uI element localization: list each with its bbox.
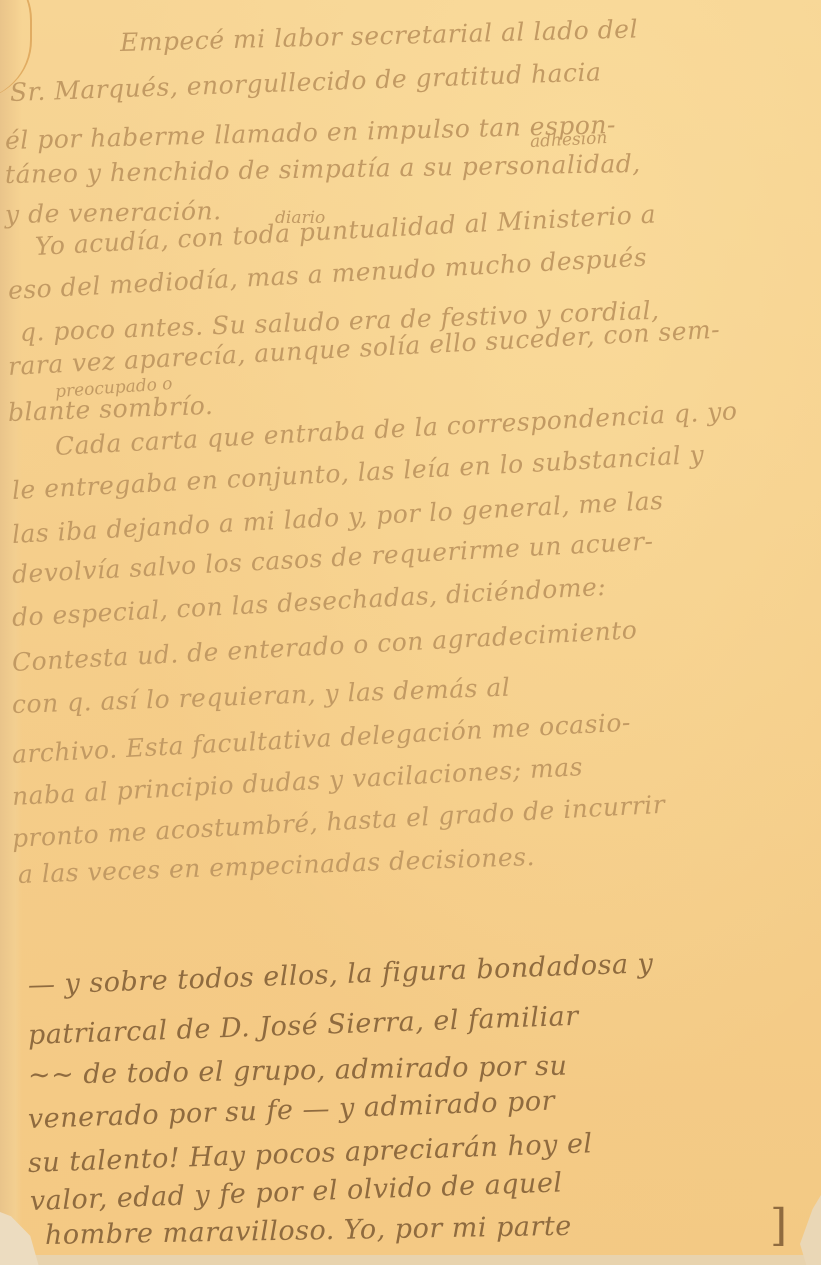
manuscript-line: táneo y henchido de simpatía a su person…	[5, 149, 641, 189]
manuscript-line: Sr. Marqués, enorgullecido de gratitud h…	[9, 57, 601, 107]
manuscript-insertion: adhesión	[530, 128, 608, 152]
manuscript-line: ~~ de todo el grupo, admirado por su	[28, 1051, 568, 1091]
manuscript-line: blante sombrío.	[7, 391, 213, 427]
manuscript-line: — y sobre todos ellos, la figura bondado…	[27, 948, 653, 1001]
torn-corner-bottom-right	[800, 1195, 821, 1265]
manuscript-line: hombre maravilloso. Yo, por mi parte	[45, 1211, 572, 1251]
manuscript-line: él por haberme llamado en impulso tan es…	[5, 110, 617, 155]
paper-bottom-edge	[0, 1255, 821, 1265]
manuscript-line: venerado por su fe — y admirado por	[27, 1086, 555, 1135]
paper-left-edge	[0, 0, 22, 1265]
closing-bracket: ]	[770, 1200, 787, 1251]
manuscript-line: patriarcal de D. José Sierra, el familia…	[27, 1001, 579, 1051]
manuscript-page: Empecé mi labor secretarial al lado del …	[0, 0, 821, 1265]
manuscript-line: con q. así lo requieran, y las demás al	[11, 673, 510, 719]
manuscript-line: a las veces en empecinadas decisiones.	[17, 842, 535, 889]
manuscript-line: Empecé mi labor secretarial al lado del	[120, 14, 639, 57]
